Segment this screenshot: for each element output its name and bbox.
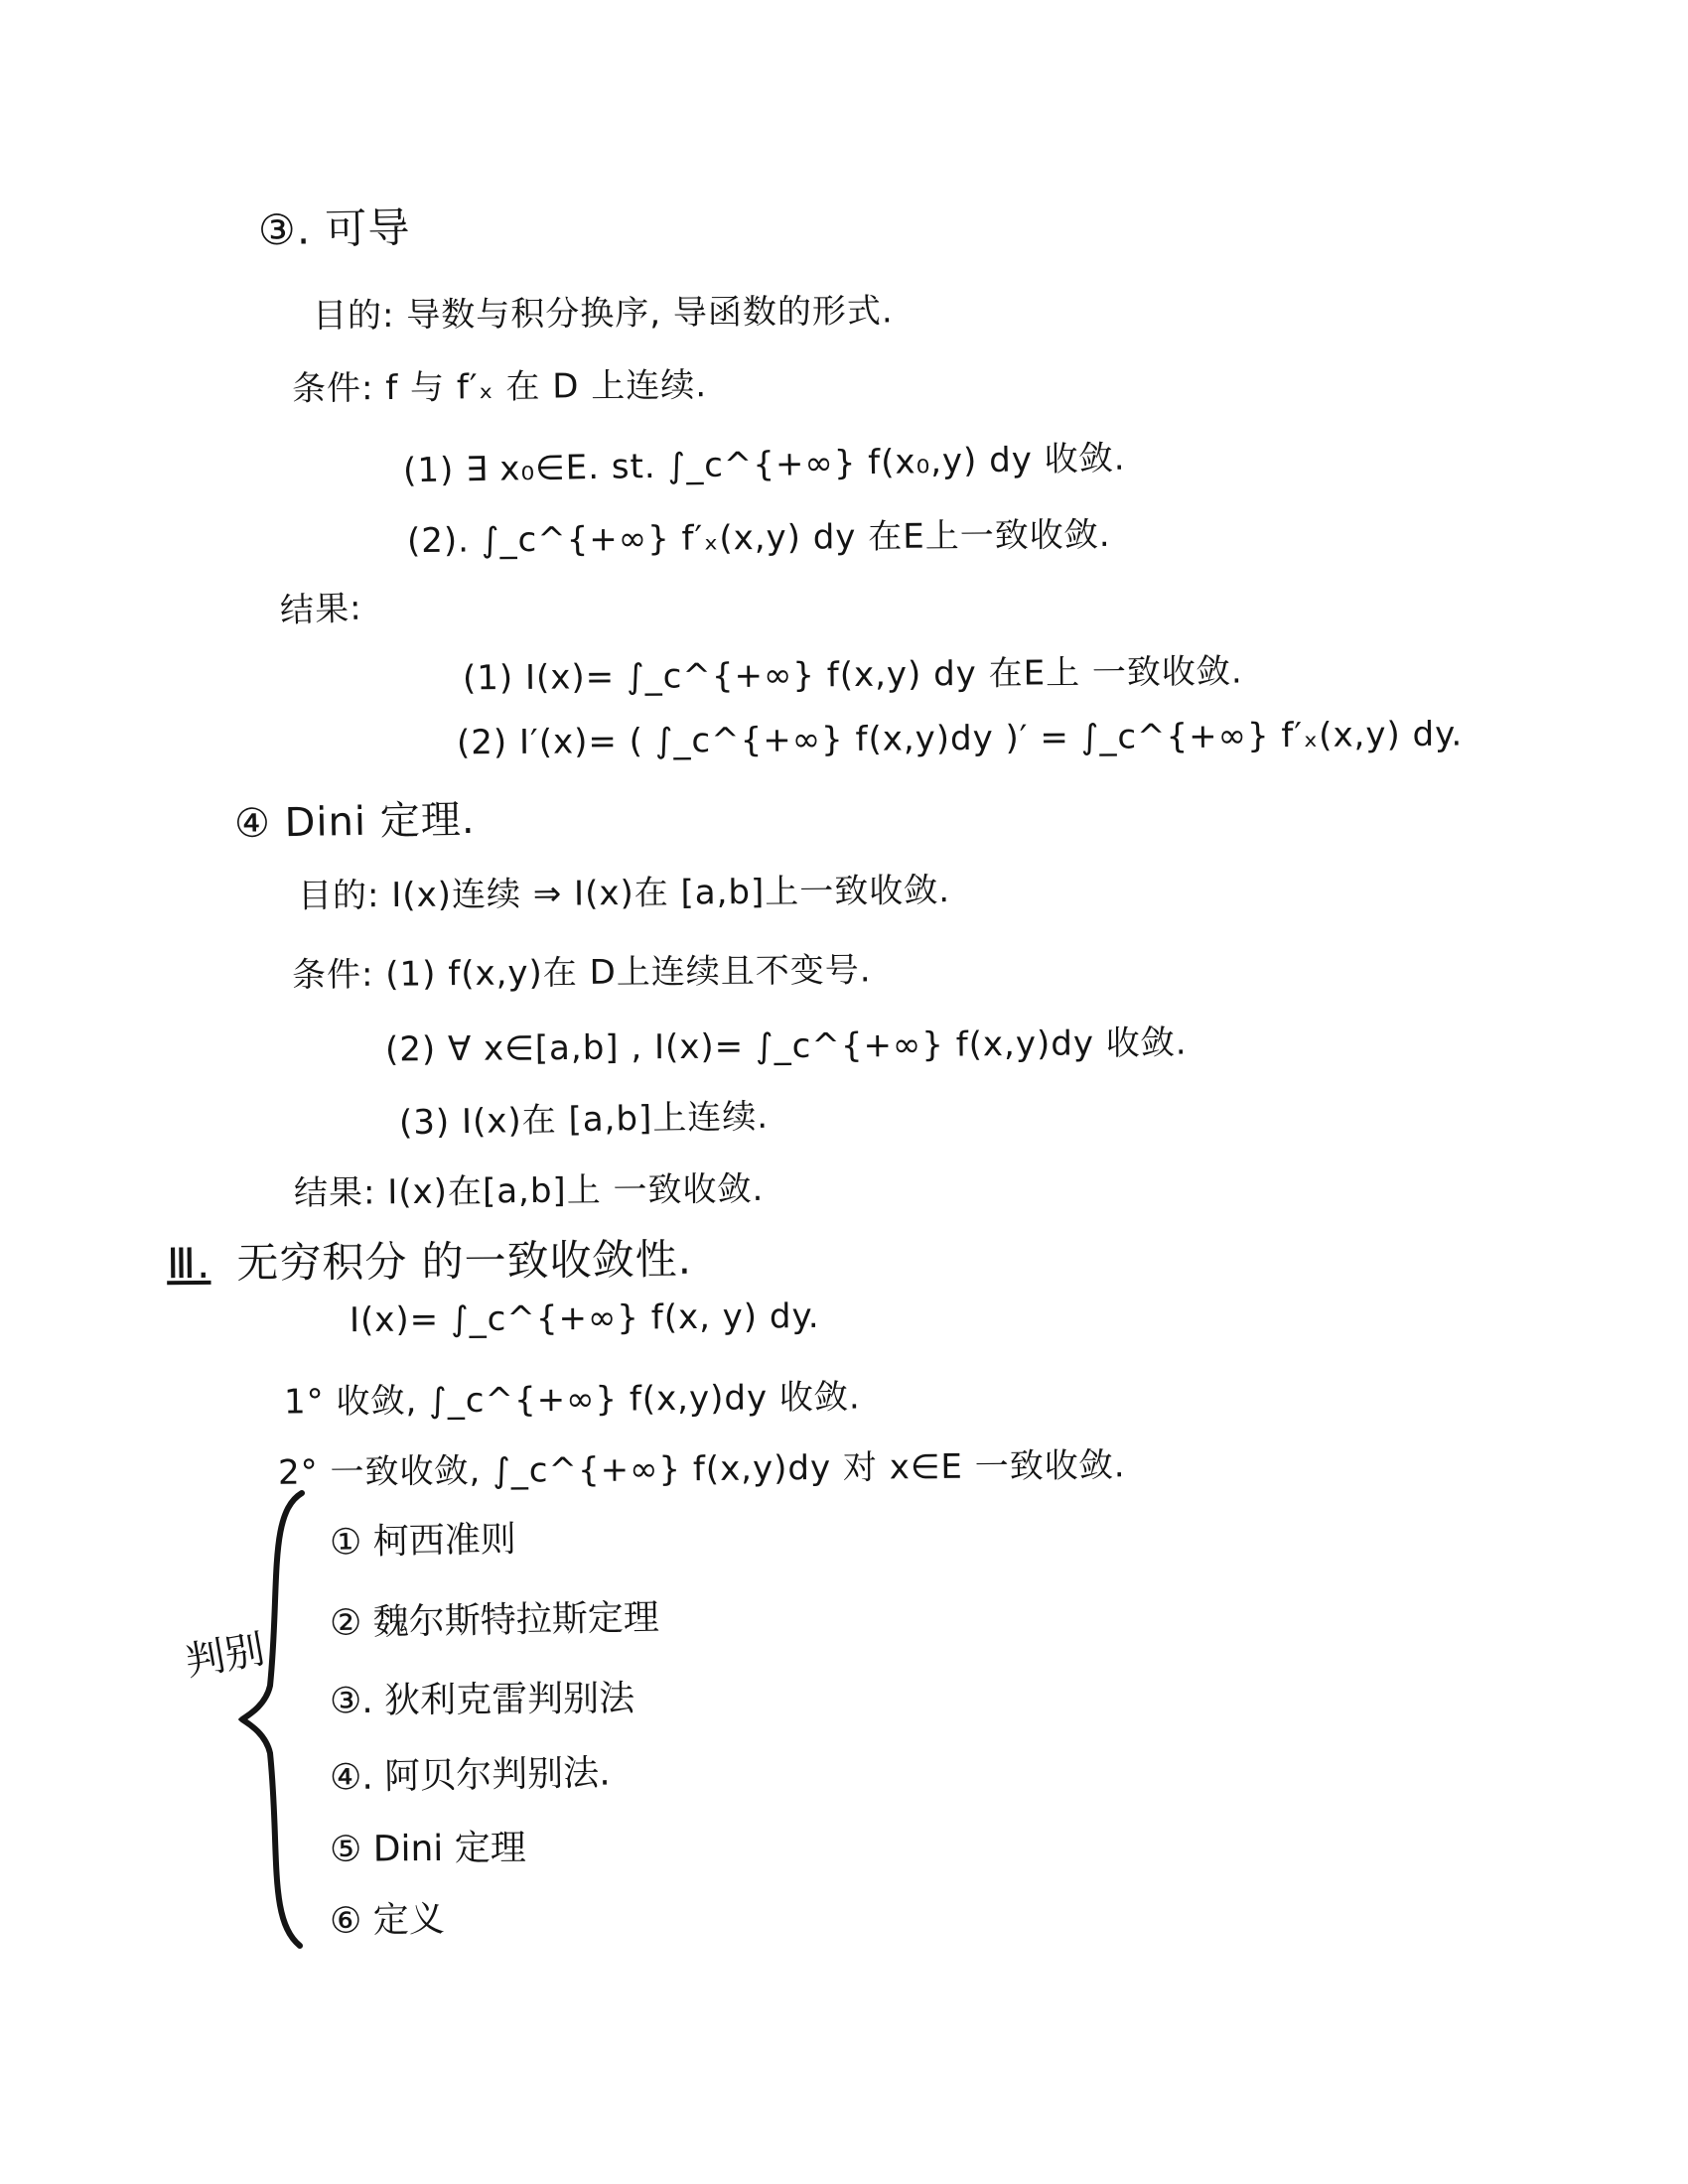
section3-result-2: (2) I′(x)= ( ∫_c^{+∞} f(x,y)dy )′ = ∫_c^… — [457, 715, 1464, 763]
section3-result-1: (1) I(x)= ∫_c^{+∞} f(x,y) dy 在E上 一致收敛. — [463, 644, 1243, 700]
section3-condition-1: (1) ∃ x₀∈E. st. ∫_c^{+∞} f(x₀,y) dy 收敛. — [403, 431, 1126, 492]
section4-purpose: 目的: I(x)连续 ⇒ I(x)在 [a,b]上一致收敛. — [298, 863, 950, 917]
section3-result-label: 结果: — [279, 581, 362, 632]
judgement-item: ⑤ Dini 定理 — [330, 1820, 526, 1872]
judgement-item: ④. 阿贝尔判别法. — [330, 1745, 611, 1801]
part3-heading: Ⅲ.无穷积分 的一致收敛性. — [167, 1227, 693, 1292]
judgement-item: ⑥ 定义 — [330, 1891, 446, 1944]
part3-definition: I(x)= ∫_c^{+∞} f(x, y) dy. — [350, 1297, 820, 1340]
section3-condition: 条件: f 与 f′ₓ 在 D 上连续. — [292, 357, 707, 410]
section4-heading: ④ Dini 定理. — [234, 788, 476, 849]
curly-brace-icon — [230, 1487, 320, 1954]
part3-uniform-convergence-item: 2° 一致收敛, ∫_c^{+∞} f(x,y)dy 对 x∈E 一致收敛. — [278, 1437, 1126, 1493]
section4-result: 结果: I(x)在[a,b]上 一致收敛. — [294, 1161, 765, 1214]
judgement-item: ③. 狄利克雷判别法 — [330, 1671, 635, 1724]
section4-condition-3: (3) I(x)在 [a,b]上连续. — [399, 1089, 770, 1144]
part3-convergence-item: 1° 收敛, ∫_c^{+∞} f(x,y)dy 收敛. — [284, 1369, 861, 1423]
part3-title: 无穷积分 的一致收敛性. — [236, 1235, 692, 1288]
section4-condition-2: (2) ∀ x∈[a,b] , I(x)= ∫_c^{+∞} f(x,y)dy … — [385, 1015, 1188, 1070]
part3-numeral: Ⅲ. — [167, 1239, 211, 1288]
section3-heading: ③. 可导 — [257, 196, 410, 258]
note-page: ③. 可导 目的: 导数与积分换序, 导函数的形式. 条件: f 与 f′ₓ 在… — [0, 0, 1688, 2184]
section3-purpose: 目的: 导数与积分换序, 导函数的形式. — [313, 283, 894, 337]
judgement-item: ② 魏尔斯特拉斯定理 — [330, 1589, 660, 1646]
section4-condition-1: 条件: (1) f(x,y)在 D上连续且不变号. — [292, 942, 872, 996]
section3-condition-2: (2). ∫_c^{+∞} f′ₓ(x,y) dy 在E上一致收敛. — [407, 507, 1111, 562]
judgement-item: ① 柯西准则 — [330, 1511, 517, 1565]
